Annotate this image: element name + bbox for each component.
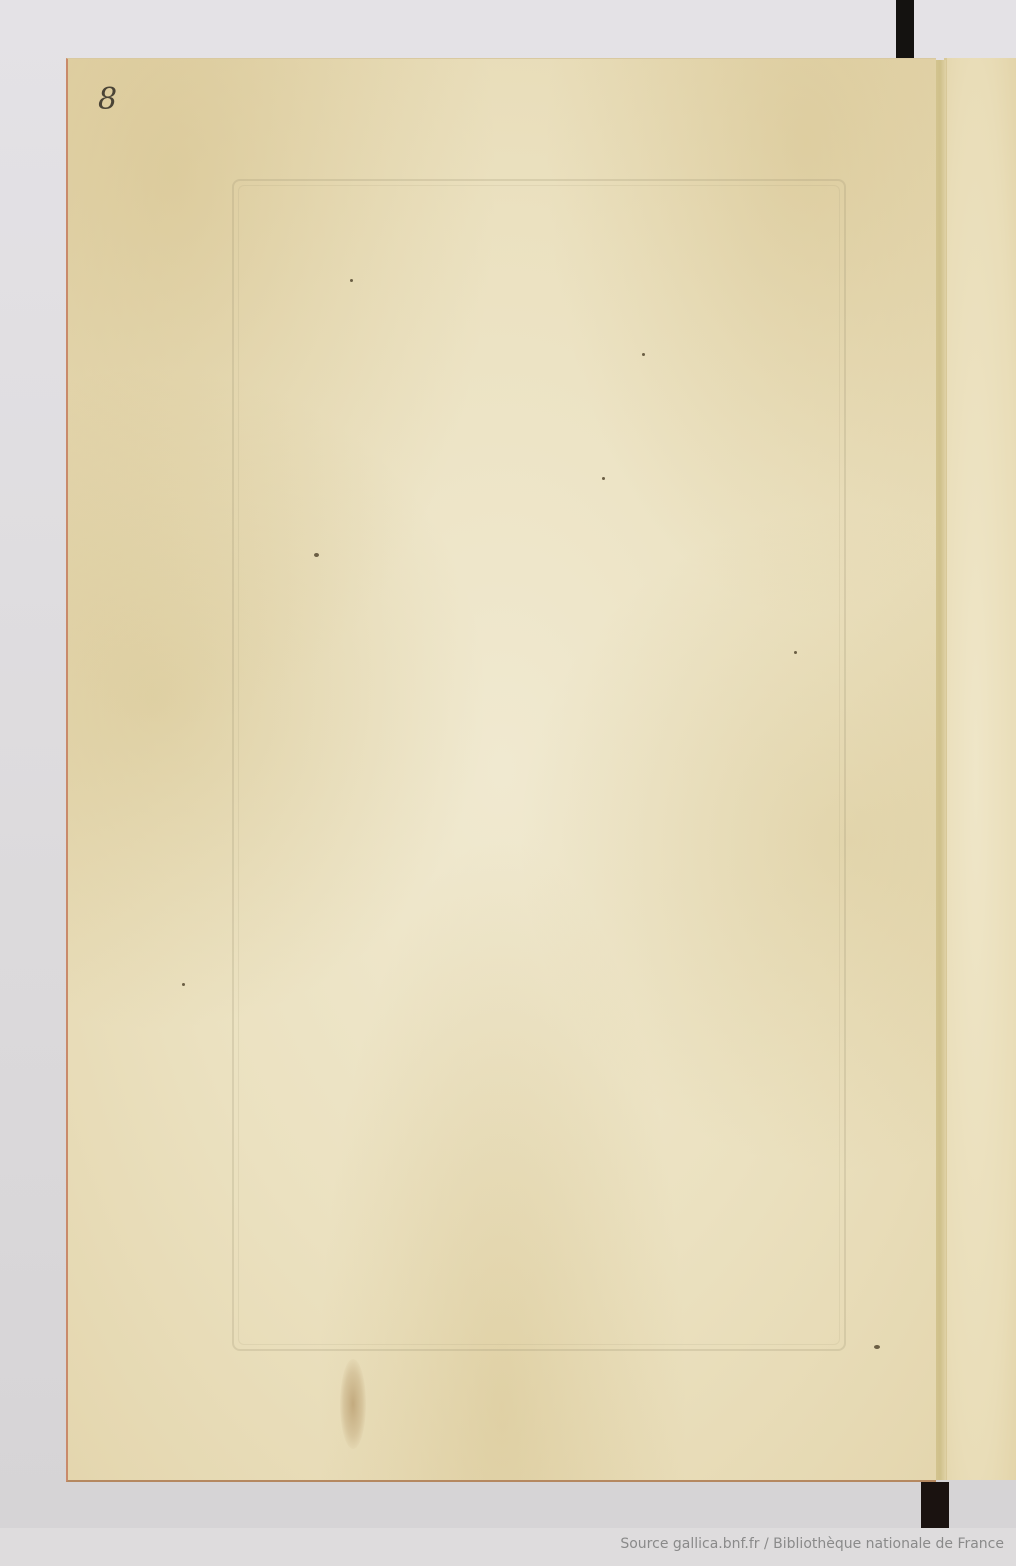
facing-page-edge [944,58,1016,1480]
paper-fleck [794,651,797,654]
paper-fleck [350,279,353,282]
paper-fleck [182,983,185,986]
show-through-border-frame [232,179,846,1351]
paper-fleck [314,553,319,557]
paper-fleck [602,477,605,480]
foxing-stain [340,1359,366,1449]
paper-fleck [874,1345,880,1349]
folio-number: 8 [98,85,117,115]
source-credit: Source gallica.bnf.fr / Bibliothèque nat… [620,1536,1004,1552]
binding-strap-top [896,0,914,62]
binding-strap-bottom [921,1482,949,1528]
document-page: 8 [66,58,936,1482]
paper-fleck [642,353,645,356]
